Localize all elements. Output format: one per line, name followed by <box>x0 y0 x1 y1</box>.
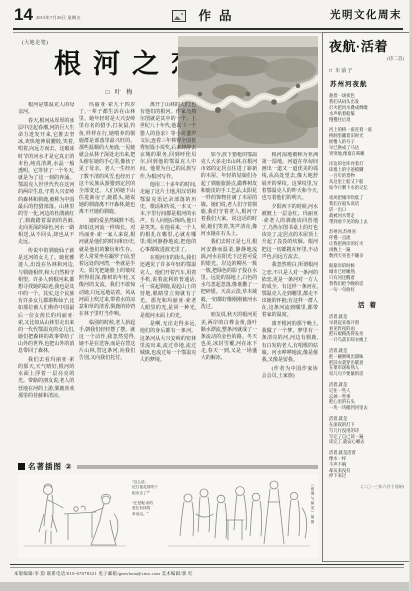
stanza: 活着,就是记住一些人忘掉一些事把心里的石头一块一块搬到河里去 <box>329 382 404 412</box>
footer-credits: 本版编辑/李 韵 联系电话/010-67078321 电子邮箱/gmwhzm@s… <box>14 571 193 577</box>
stanza: 苏州河,苏州河你慢一点流让我把两岸的灯火再数上一遍数到天亮也不嫌多 <box>329 229 404 259</box>
list-item: 传说中的驯鹿仙子就是这河的女儿了。她优雅迷人,出没在丛林和河边,与驯鹿相伴,和大… <box>18 248 74 355</box>
illustration-credit: 《傲慢与偏见》插图 <box>311 482 316 524</box>
list-item: 根河是鄂温克人的母亲河。 <box>18 102 74 116</box>
banner-rule <box>77 465 318 469</box>
list-item: 春天,根河从厚厚的冰层中泛起春潮,河的巨大生命力迸发开来,它推去坚冰,欢快地伸展… <box>18 118 74 247</box>
stanza: 岸边的仓库亮着灯砖墙上的字迹模糊一百年的货物从这里上船又下船如今只剩下水的记忆 <box>329 161 404 191</box>
picture-frame-icon <box>172 10 186 22</box>
list-item: 慢慢往后退 <box>329 117 404 123</box>
sidebar-author: □ 车前子 <box>329 67 404 74</box>
list-item: 带到看不见的海上去 <box>329 219 404 225</box>
list-item: (作者为中国作家协会会员,土家族) <box>262 366 318 380</box>
stanza: 船靠岸的时候城市已经睡熟只有河还醒着替我们把今晚的话一句一句收好 <box>329 263 404 293</box>
body-column-2: 玛丽亚·索九十四岁了,一辈子都生活在山林里。她年轻时是大兴安岭里有名的猎手,打灰… <box>79 102 135 458</box>
poem1-body: 趁着一场夜色我们从码头出发灯火把河水叠成绸缎水声贴着船舷慢慢往后退河上的桥一座连… <box>329 93 404 293</box>
poetry-sidebar: 夜航·活着 (诗二首) □ 车前子 苏州河夜航 趁着一场夜色我们从码头出发灯火把… <box>322 32 410 562</box>
list-item: 他用二十多年的时间,走遍了这片土地,用汉语和鄂温克语记录部落的历史、歌谣和传说,… <box>140 182 196 254</box>
list-item: 如今,放下猎枪的鄂温克人大多走出山林,在根河市郊的定居点住进了崭新的木屋。年轻的… <box>201 152 257 238</box>
body-column-5: 根河湿地被称为亚洲第一湿地。河道在草甸间画出一道又一道优美的弧线,从高处望去,像… <box>262 152 318 458</box>
header-rule-thick <box>13 28 403 30</box>
list-item: 临别的时候,老人抬起手,朝我们轻轻摆了摆。就这一个动作,我忽然觉得,她不是在送客… <box>79 320 135 363</box>
list-item: 朋友说,秋天的根河更美,两岸的白桦金黄,落叶顺水漂流,整条河就成了一条流动的金色… <box>201 312 257 362</box>
stanza: 活着,就是在深夜的灯下写几行没用的诗写完了自己读一遍读完了,就安心睡去 <box>329 416 404 446</box>
list-item: 停下来过 <box>329 473 404 479</box>
sidebar-subtitle: (诗二首) <box>329 56 404 62</box>
list-item: 一只鸟落在晾衣绳上 <box>329 337 404 343</box>
illustration-banner: 名著插图 ② <box>18 461 318 472</box>
list-item: 离开根河的那个晚上,我做了一个梦。梦里有一条清亮的河,河边有驯鹿,有白发的老人,… <box>262 321 318 364</box>
poem2-body: 活着,就是早晨起来推开窗看见昨夜的雨把石板路洗得发亮一只鸟落在晾衣绳上活着,就是… <box>329 314 404 480</box>
stanza: 夜风把城市吹低了我们在船头说话话一出口就被河水带走带到看不见的海上去 <box>329 195 404 225</box>
body-column-1: 根河是鄂温克人的母亲河。春天,根河从厚厚的冰层中泛起春潮,河的巨大生命力迸发开来… <box>18 102 74 458</box>
section-title: 作品 <box>190 10 239 22</box>
poem-endnote: (二〇一三年六月于苏州) <box>329 484 404 490</box>
list-item: 一句一句收好 <box>329 287 404 293</box>
list-item: 说几句不要紧的话 <box>329 371 404 377</box>
footer-rule-thin <box>10 567 404 568</box>
list-item: 数到天亮也不嫌多 <box>329 253 404 259</box>
list-item: 单身汉。” <box>132 512 190 517</box>
article-body: 根河是鄂温克人的母亲河。春天,根河从厚厚的冰层中泛起春潮,河的巨大生命力迸发开来… <box>18 102 318 458</box>
stanza: 河上的桥一座连着一座桥洞里藏着旧时光摇橹人的号子早已换成了马达突突地,像谁在咳嗽 <box>329 127 404 157</box>
list-item: 离开了山林的人们,也有他们的根河。作家乌热尔图就是其中的一个。上世纪八十年代,他… <box>140 102 196 181</box>
list-item: 夕阳西下的时候,河水被镀上一层金红。玛丽亚·索老人的驯鹿该回营地了,乌热尔图书桌… <box>262 204 318 261</box>
masthead-title: 光明文化周末 <box>330 10 402 21</box>
poem1-title: 苏州河夜航 <box>330 81 404 89</box>
list-item: 我们去看玛丽亚·索的那天,天气晴好,根河的水面上浮着一层亮亮的光。带路的朋友说,… <box>18 357 74 400</box>
poem2-title: 活着 <box>330 302 404 310</box>
banner-chip-icon <box>18 463 25 470</box>
body-column-3: 离开了山林的人们,也有他们的根河。作家乌热尔图就是其中的一个。上世纪八十年代,他… <box>140 102 196 458</box>
classic-novel-illustration: “这么说,尼日斐花园终于租出去了?”“正是呢,来的是位有钱的单身汉。” 《傲慢与… <box>18 474 318 558</box>
article-column-tag: (大地走笔) <box>22 39 48 46</box>
footer-rule-thick <box>10 564 404 565</box>
list-item: 是啊,无论走得多远,他们的身后都有一条河。这条河从大兴安岭的密林里流出来,流过草… <box>140 321 196 364</box>
list-item: 如今只剩下水的记忆 <box>329 185 404 191</box>
illustration-caption: “这么说,尼日斐花园终于租出去了?”“正是呢,来的是位有钱的单身汉。” <box>132 480 190 517</box>
newspaper-page: { "header": { "page_number": "14", "date… <box>0 0 412 591</box>
list-item: 我们去时正是七月,根河安静而温柔,静静地流淌,河水在阳光下泛着可爱的银光。岸边的… <box>201 239 257 311</box>
stanza: 活着,就是把一碗粥喝出甜味把旧衣裳穿出暖意在菜市场和熟人说几句不要紧的话 <box>329 348 404 378</box>
stanza: 趁着一场夜色我们从码头出发灯火把河水叠成绸缎水声贴着船舷慢慢往后退 <box>329 93 404 123</box>
body-column-4: 如今,放下猎枪的鄂温克人大多走出山林,在根河市郊的定居点住进了崭新的木屋。年轻的… <box>201 152 257 458</box>
stanza: 活着,就是早晨起来推开窗看见昨夜的雨把石板路洗得发亮一只鸟落在晾衣绳上 <box>329 314 404 344</box>
list-item: 她的爱虽然缄默不语,却如这河流一样绵长。对玛丽亚·索一家人来说,根河就是他们的时… <box>79 218 135 318</box>
list-item: 读完了,就安心睡去 <box>329 439 404 445</box>
list-item: 突突地,像谁在咳嗽 <box>329 151 404 157</box>
illustration-banner-label: 名著插图 ② <box>28 462 72 471</box>
stanza: 活着,就是活着像水一样不声不响却从来没有停下来过 <box>329 450 404 480</box>
sidebar-title: 夜航·活着 <box>329 39 404 54</box>
list-item: 在根河市的街头,我们还遇见了许多年轻的鄂温克人。他们开着汽车,用着手机,说着流利… <box>140 255 196 319</box>
list-item: 我忽然明白,所谓根河之恋,不只是人对一条河的依恋,更是一条河对一方人的成全。有这… <box>262 262 318 319</box>
list-item: 玛丽亚·索九十四岁了,一辈子都生活在山林里。她年轻时是大兴安岭里有名的猎手,打灰… <box>79 102 135 217</box>
list-item: 一块一块搬到河里去 <box>329 405 404 411</box>
page-bottom-margin <box>0 582 412 591</box>
list-item: 根河湿地被称为亚洲第一湿地。河道在草甸间画出一道又一道优美的弧线,从高处望去,像… <box>262 152 318 202</box>
